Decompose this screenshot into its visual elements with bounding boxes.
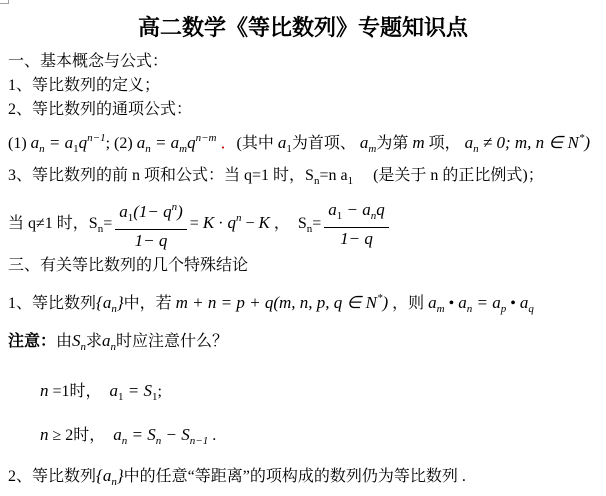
formula-sum-q-not-1: 当 q≠1 时，Sn=a1(1− qn)1− q= K · qn − K ， S… bbox=[8, 197, 392, 252]
cropped-box-corner bbox=[0, 0, 9, 4]
case-n-geq-2: n ≥ 2时， an = Sn − Sn−1 . bbox=[40, 424, 216, 452]
case-n-equals-1: n =1时， a1 = S1; bbox=[40, 380, 162, 408]
note-line: 注意：由Sn求an时应注意什么？ bbox=[8, 330, 228, 358]
doc-title: 高二数学《等比数列》专题知识点 bbox=[0, 11, 606, 42]
list-item-general-term: 2、等比数列的通项公式： bbox=[8, 99, 192, 121]
section-heading-basic-concepts: 一、基本概念与公式： bbox=[8, 51, 168, 73]
formula-general-term: (1) an = a1qn−1; (2) an = amqn−m ．(其中 a1… bbox=[8, 127, 590, 160]
property-equidistant-terms: 2、等比数列{an}中的任意“等距离”的项构成的数列仍为等比数列 . bbox=[8, 465, 466, 493]
section-heading-special-results: 三、有关等比数列的几个特殊结论 bbox=[8, 255, 248, 277]
document-page: 高二数学《等比数列》专题知识点 一、基本概念与公式： 1、等比数列的定义； 2、… bbox=[0, 0, 606, 496]
list-item-definition: 1、等比数列的定义； bbox=[8, 75, 160, 97]
property-product-of-terms: 1、等比数列{an}中，若 m + n = p + q(m, n, p, q ∈… bbox=[8, 287, 534, 320]
list-item-sum-formula: 3、等比数列的前 n 项和公式：当 q=1 时，Sn=n a1 (是关于 n 的… bbox=[8, 165, 544, 192]
